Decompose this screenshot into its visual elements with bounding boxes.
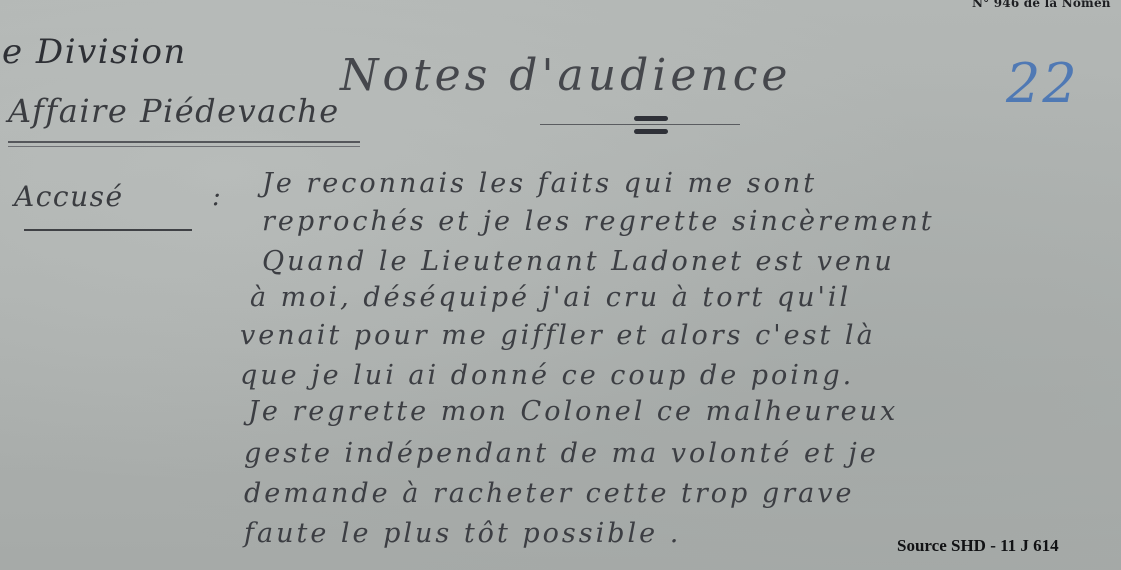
source-caption: Source SHD - 11 J 614: [897, 536, 1059, 556]
speaker-label-underline: [24, 229, 192, 231]
title-double-dash-top: [634, 116, 668, 121]
statement-line: demande à racheter cette trop grave: [244, 478, 854, 509]
statement-line: Je reconnais les faits qui me sont: [262, 168, 817, 199]
title-double-dash-bottom: [634, 129, 668, 134]
title-rule-divider: [540, 124, 740, 125]
folio-number-blue-pencil: 22: [1006, 52, 1079, 115]
division-heading: e Division: [2, 32, 187, 72]
statement-line: reprochés et je les regrette sincèrement: [262, 206, 935, 237]
statement-line: geste indépendant de ma volonté et je: [244, 438, 879, 469]
statement-line: venait pour me giffler et alors c'est là: [240, 320, 876, 351]
statement-line: Je regrette mon Colonel ce malheureux: [248, 396, 898, 427]
archival-document-page: N° 946 de la Nomen e Division Affaire Pi…: [0, 0, 1121, 570]
statement-line: à moi, déséquipé j'ai cru à tort qu'il: [250, 282, 851, 313]
speaker-label: Accusé: [14, 180, 124, 213]
case-name-underline: [8, 141, 360, 147]
document-title: Notes d'audience: [340, 50, 791, 101]
speaker-colon: :: [212, 182, 222, 212]
statement-line: Quand le Lieutenant Ladonet est venu: [262, 246, 895, 277]
case-name: Affaire Piédevache: [8, 92, 340, 130]
statement-line: faute le plus tôt possible .: [244, 518, 681, 549]
printed-form-header: N° 946 de la Nomen: [972, 0, 1111, 10]
statement-line: que je lui ai donné ce coup de poing.: [240, 360, 854, 391]
